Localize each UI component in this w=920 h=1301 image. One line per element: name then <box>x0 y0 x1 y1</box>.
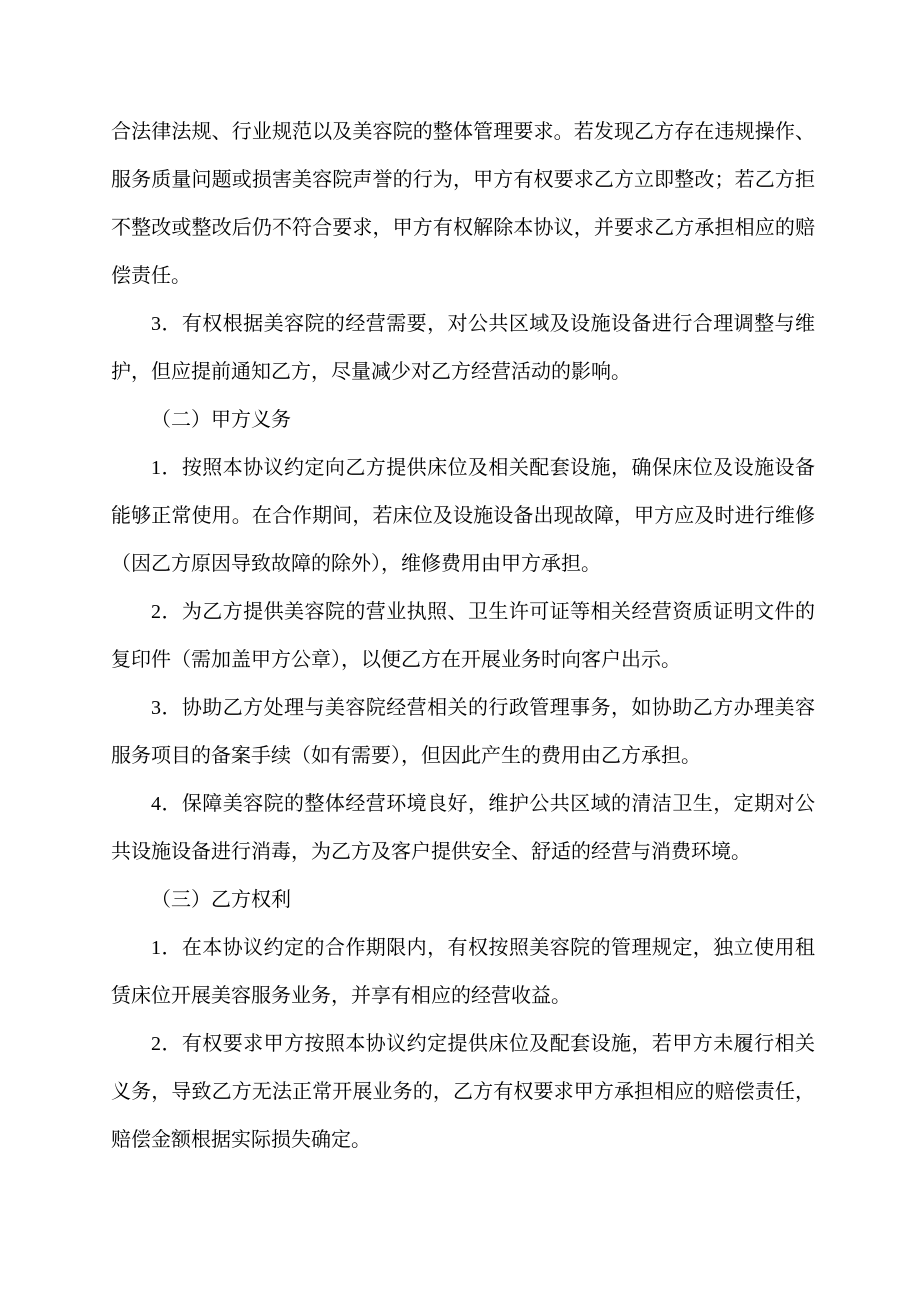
document-line: 能够正常使用。在合作期间，若床位及设施设备出现故障，甲方应及时进行维修 <box>111 492 815 540</box>
paragraph: 2．有权要求甲方按照本协议约定提供床位及配套设施，若甲方未履行相关 义务，导致乙… <box>111 1020 815 1164</box>
document-line: 3．有权根据美容院的经营需要，对公共区域及设施设备进行合理调整与维 <box>111 300 815 348</box>
paragraph: 1．在本协议约定的合作期限内，有权按照美容院的管理规定，独立使用租 赁床位开展美… <box>111 924 815 1020</box>
paragraph: 3．有权根据美容院的经营需要，对公共区域及设施设备进行合理调整与维 护，但应提前… <box>111 300 815 396</box>
paragraph: 4．保障美容院的整体经营环境良好，维护公共区域的清洁卫生，定期对公 共设施设备进… <box>111 780 815 876</box>
heading-line: （三）乙方权利 <box>111 876 815 924</box>
document-line: 服务项目的备案手续（如有需要），但因此产生的费用由乙方承担。 <box>111 732 815 780</box>
document-line: 服务质量问题或损害美容院声誉的行为，甲方有权要求乙方立即整改；若乙方拒 <box>111 156 815 204</box>
document-line: 2．为乙方提供美容院的营业执照、卫生许可证等相关经营资质证明文件的 <box>111 588 815 636</box>
document-line: 复印件（需加盖甲方公章），以便乙方在开展业务时向客户出示。 <box>111 636 815 684</box>
document-line: 护，但应提前通知乙方，尽量减少对乙方经营活动的影响。 <box>111 348 815 396</box>
paragraph: 1．按照本协议约定向乙方提供床位及相关配套设施，确保床位及设施设备 能够正常使用… <box>111 444 815 588</box>
document-line: 1．在本协议约定的合作期限内，有权按照美容院的管理规定，独立使用租 <box>111 924 815 972</box>
document-line: 1．按照本协议约定向乙方提供床位及相关配套设施，确保床位及设施设备 <box>111 444 815 492</box>
document-line: （因乙方原因导致故障的除外），维修费用由甲方承担。 <box>111 540 815 588</box>
document-line: 合法律法规、行业规范以及美容院的整体管理要求。若发现乙方存在违规操作、 <box>111 108 815 156</box>
document-line: 3．协助乙方处理与美容院经营相关的行政管理事务，如协助乙方办理美容 <box>111 684 815 732</box>
document-line: 赁床位开展美容服务业务，并享有相应的经营收益。 <box>111 972 815 1020</box>
document-line: 赔偿金额根据实际损失确定。 <box>111 1116 815 1164</box>
document-line: 义务，导致乙方无法正常开展业务的，乙方有权要求甲方承担相应的赔偿责任， <box>111 1068 815 1116</box>
paragraph: 合法律法规、行业规范以及美容院的整体管理要求。若发现乙方存在违规操作、 服务质量… <box>111 108 815 300</box>
section-heading-party-a-obligations: （二）甲方义务 <box>111 396 815 444</box>
document-line: 4．保障美容院的整体经营环境良好，维护公共区域的清洁卫生，定期对公 <box>111 780 815 828</box>
paragraph: 2．为乙方提供美容院的营业执照、卫生许可证等相关经营资质证明文件的 复印件（需加… <box>111 588 815 684</box>
document-body: 合法律法规、行业规范以及美容院的整体管理要求。若发现乙方存在违规操作、 服务质量… <box>111 108 815 1164</box>
paragraph: 3．协助乙方处理与美容院经营相关的行政管理事务，如协助乙方办理美容 服务项目的备… <box>111 684 815 780</box>
document-line: 不整改或整改后仍不符合要求，甲方有权解除本协议，并要求乙方承担相应的赔 <box>111 204 815 252</box>
heading-line: （二）甲方义务 <box>111 396 815 444</box>
document-page: 合法律法规、行业规范以及美容院的整体管理要求。若发现乙方存在违规操作、 服务质量… <box>0 0 920 1301</box>
document-line: 偿责任。 <box>111 252 815 300</box>
document-line: 2．有权要求甲方按照本协议约定提供床位及配套设施，若甲方未履行相关 <box>111 1020 815 1068</box>
section-heading-party-b-rights: （三）乙方权利 <box>111 876 815 924</box>
document-line: 共设施设备进行消毒，为乙方及客户提供安全、舒适的经营与消费环境。 <box>111 828 815 876</box>
